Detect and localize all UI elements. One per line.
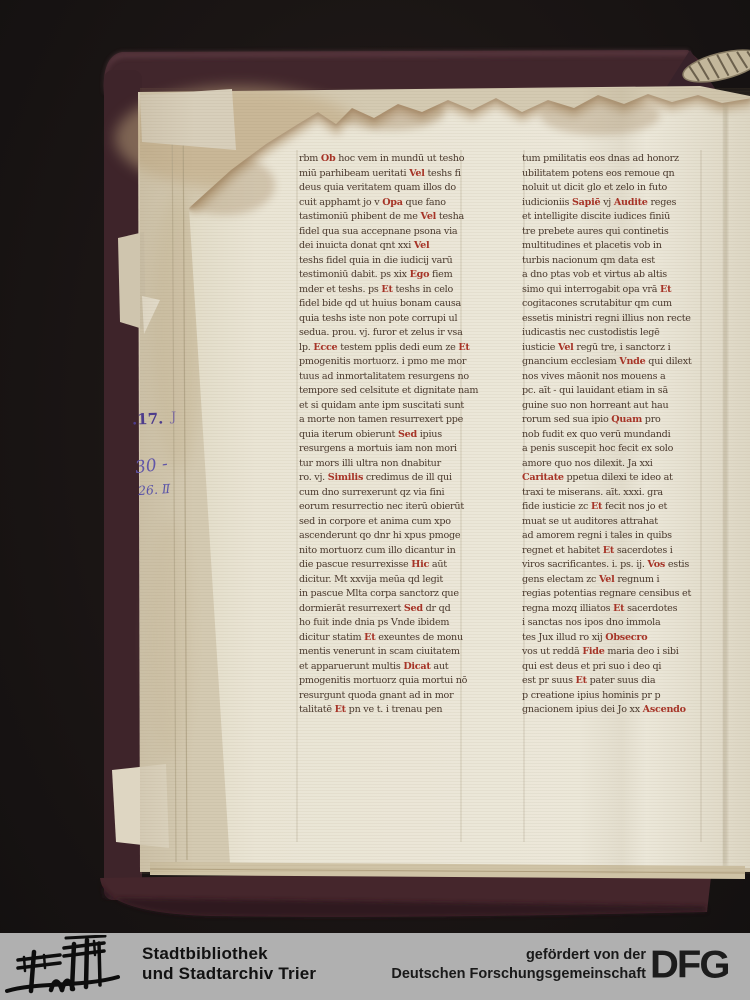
manuscript-line: cogitacones scrutabitur qm cum xyxy=(522,297,704,312)
manuscript-line: eorum resurrectio nec iterū obierūt xyxy=(299,500,461,515)
manuscript-line: lp. Ecce testem pplis dedi eum ze Et xyxy=(299,341,461,356)
manuscript-line: regnet et habitet Et sacerdotes i xyxy=(522,544,704,559)
manuscript-photo: rbm Ob hoc vem in mundū ut teshomiū parh… xyxy=(0,0,750,1000)
manuscript-line: dicitur statim Et exeuntes de monu xyxy=(299,631,461,646)
manuscript-line: fidel qua sua accepnane psona via xyxy=(299,225,461,240)
manuscript-line: dormierāt resurrexert Sed dr qd xyxy=(299,602,461,617)
manuscript-line: testimoniū dabit. ps xix Ego fiem xyxy=(299,268,461,283)
manuscript-line: die pascue resurrexisse Hic aūt xyxy=(299,558,461,573)
endband xyxy=(680,44,750,89)
manuscript-line: tes Jux illud ro xij Obsecro xyxy=(522,631,704,646)
manuscript-line: amore quo nos dilexit. Ja xxi xyxy=(522,457,704,472)
manuscript-line: ro. vj. Similis credimus de ill qui xyxy=(299,471,461,486)
manuscript-line: iusticie Vel regū tre, i sanctorz i xyxy=(522,341,704,356)
manuscript-line: vos ut reddā Fide maria deo i sibi xyxy=(522,645,704,660)
manuscript-line: quia iterum obierunt Sed ipius xyxy=(299,428,461,443)
manuscript-line: tuus ad inmortalitatem resurgens no xyxy=(299,370,461,385)
manuscript-line: resurgens a mortuis iam non mori xyxy=(299,442,461,457)
manuscript-line: gens electam zc Vel regnum i xyxy=(522,573,704,588)
manuscript-line: pmogenitis mortuorz. i pmo me mor xyxy=(299,355,461,370)
manuscript-line: tur mors illi ultra non dnabitur xyxy=(299,457,461,472)
library-name-line2: und Stadtarchiv Trier xyxy=(142,964,316,984)
manuscript-line: tum pmilitatis eos dnas ad honorz xyxy=(522,152,704,167)
manuscript-line: tastimoniū phibent de me Vel tesha xyxy=(299,210,461,225)
manuscript-line: nos vives māonit nos mouens a xyxy=(522,370,704,385)
manuscript-line: iudicioniis Sapiē vj Audite reges xyxy=(522,196,704,211)
manuscript-line: viros sacrificantes. i. ps. ij. Vos esti… xyxy=(522,558,704,573)
manuscript-line: guine suo non horreant aut hau xyxy=(522,399,704,414)
manuscript-line: tempore sed celsitute et dignitate nam xyxy=(299,384,461,399)
manuscript-line: noluit ut dicit glo et zelo in futo xyxy=(522,181,704,196)
manuscript-column-right: tum pmilitatis eos dnas ad honorzubilita… xyxy=(522,152,704,718)
manuscript-line: pc. aīt - qui lauidant etiam in sā xyxy=(522,384,704,399)
manuscript-line: mentis venerunt in scam ciuitatem xyxy=(299,645,461,660)
manuscript-line: pmogenitis mortuorz quia mortui nō xyxy=(299,674,461,689)
manuscript-line: muat se ut auditores attrahat xyxy=(522,515,704,530)
manuscript-line: quia teshs iste non pote corrupi ul xyxy=(299,312,461,327)
footer-banner: Stadtbibliothek und Stadtarchiv Trier ge… xyxy=(0,933,750,1000)
manuscript-line: rorum sed sua ipio Quam pro xyxy=(522,413,704,428)
manuscript-line: et intelligite discite iudices finiū xyxy=(522,210,704,225)
manuscript-line: essetis ministri regni illius non recte xyxy=(522,312,704,327)
manuscript-line: cum dno surrexerunt qz via fini xyxy=(299,486,461,501)
manuscript-line: nito mortuorz cum illo dicantur in xyxy=(299,544,461,559)
funding-line2: Deutschen Forschungsgemeinschaft xyxy=(391,965,646,984)
trier-bridge-logo-icon xyxy=(4,935,122,998)
manuscript-line: a penis suscepit hoc fecit ex solo xyxy=(522,442,704,457)
manuscript-line: traxi te miserans. aīt. xxxi. gra xyxy=(522,486,704,501)
manuscript-line: nob fudit ex quo verū mundandi xyxy=(522,428,704,443)
manuscript-line: qui est deus et pri suo i deo qi xyxy=(522,660,704,675)
manuscript-line: gnacionem ipius dei Jo xx Ascendo xyxy=(522,703,704,718)
manuscript-line: et apparuerunt multis Dicat aut xyxy=(299,660,461,675)
manuscript-line: fide iusticie zc Et fecit nos jo et xyxy=(522,500,704,515)
manuscript-line: ad amorem regni i tales in quibs xyxy=(522,529,704,544)
manuscript-line: in pascue Mlta corpa sanctorz que xyxy=(299,587,461,602)
manuscript-line: dicitur. Mt xxvija meūa qd legit xyxy=(299,573,461,588)
manuscript-line: a dno ptas vob et virtus ab altis xyxy=(522,268,704,283)
manuscript-line: teshs fidel quia in die iudicij varū xyxy=(299,254,461,269)
manuscript-line: ubilitatem potens eos remoue qn xyxy=(522,167,704,182)
manuscript-line: simo qui interrogabit opa vrā Et xyxy=(522,283,704,298)
manuscript-line: rbm Ob hoc vem in mundū ut tesho xyxy=(299,152,461,167)
manuscript-line: i sanctas nos ipos dno immola xyxy=(522,616,704,631)
manuscript-line: sed in corpore et anima cum xpo xyxy=(299,515,461,530)
manuscript-line: gnancium ecclesiam Vnde qui dilext xyxy=(522,355,704,370)
manuscript-line: Caritate ppetua dilexi te ideo at xyxy=(522,471,704,486)
manuscript-line: a morte non tamen resurrexert ppe xyxy=(299,413,461,428)
manuscript-line: iudicastis nec custodistis legē xyxy=(522,326,704,341)
manuscript-line: turbis nacionum qm data est xyxy=(522,254,704,269)
funding-credit: gefördert von der Deutschen Forschungsge… xyxy=(391,946,646,984)
funding-line1: gefördert von der xyxy=(391,946,646,965)
library-name-line1: Stadtbibliothek xyxy=(142,944,316,964)
dfg-logo: DFG xyxy=(650,944,744,989)
manuscript-line: deus quia veritatem quam illos do xyxy=(299,181,461,196)
manuscript-line: ho fuit inde dnia ps Vnde ibidem xyxy=(299,616,461,631)
manuscript-line: cuit apphamt jo v Opa que fano xyxy=(299,196,461,211)
manuscript-line: dei inuicta donat qnt xxi Vel xyxy=(299,239,461,254)
manuscript-line: multitudines et placetis vob in xyxy=(522,239,704,254)
manuscript-line: regias potentias regnare censibus et xyxy=(522,587,704,602)
manuscript-line: mder et teshs. ps Et teshs in celo xyxy=(299,283,461,298)
manuscript-line: fidel bide qd ut huius bonam causa xyxy=(299,297,461,312)
manuscript-line: est pr suus Et pater suus dia xyxy=(522,674,704,689)
library-name: Stadtbibliothek und Stadtarchiv Trier xyxy=(142,944,316,984)
manuscript-column-left: rbm Ob hoc vem in mundū ut teshomiū parh… xyxy=(299,152,461,718)
manuscript-line: miū parhibeam ueritati Vel teshs fi xyxy=(299,167,461,182)
manuscript-line: sedua. prou. vj. furor et zelus ir vsa xyxy=(299,326,461,341)
manuscript-line: regna mozq illiatos Et sacerdotes xyxy=(522,602,704,617)
manuscript-line: p creatione ipius hominis pr p xyxy=(522,689,704,704)
manuscript-line: et si quidam ante ipm suscitati sunt xyxy=(299,399,461,414)
manuscript-line: ascenderunt qo dnr hi xpus pmoge xyxy=(299,529,461,544)
manuscript-line: resurgunt quoda gnant ad in mor xyxy=(299,689,461,704)
manuscript-line: tre prebete aures qui continetis xyxy=(522,225,704,240)
manuscript-line: talitatē Et pn ve t. i trenau pen xyxy=(299,703,461,718)
